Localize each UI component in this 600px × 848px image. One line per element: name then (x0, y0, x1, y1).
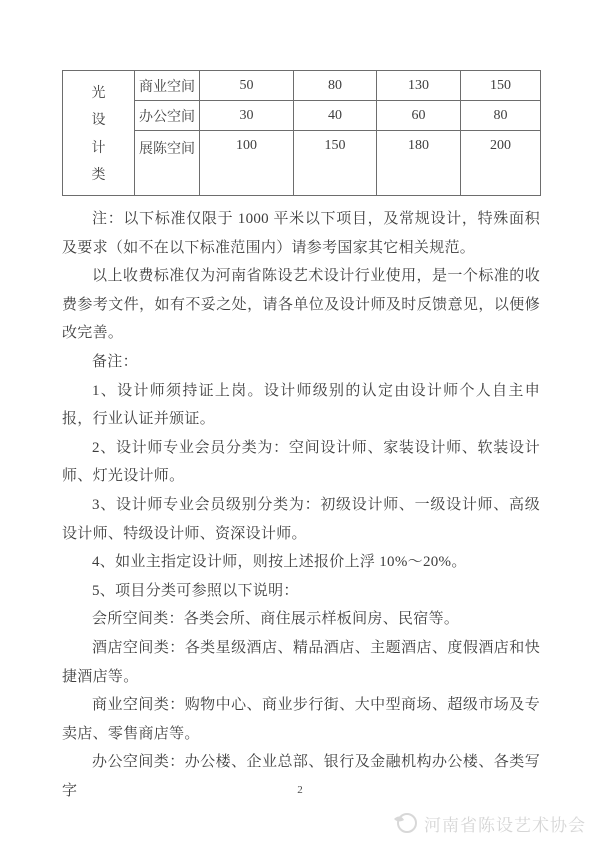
remark-item-4: 4、如业主指定设计师，则按上述报价上浮 10%～20%。 (62, 548, 540, 577)
association-bird-logo-icon (392, 810, 419, 836)
category-char: 计 (92, 137, 106, 157)
category-office: 办公空间类：办公楼、企业总部、银行及金融机构办公楼、各类写字 (62, 748, 540, 805)
body-text: 注：以下标准仅限于 1000 平米以下项目，及常规设计，特殊面积及要求（如不在以… (62, 205, 540, 805)
row-label: 商业空间 (135, 71, 200, 101)
table-cell: 80 (294, 71, 377, 101)
remark-item-2: 2、设计师专业会员分类为：空间设计师、家装设计师、软装设计师、灯光设计师。 (62, 434, 540, 491)
table-row: 展陈空间 100 150 180 200 (63, 131, 541, 196)
table-cell: 150 (461, 71, 541, 101)
document-page: 光 设 计 类 商业空间 50 80 130 150 办公空间 30 4 (0, 0, 600, 848)
remark-item-5: 5、项目分类可参照以下说明： (62, 577, 540, 606)
table-row: 光 设 计 类 商业空间 50 80 130 150 (63, 71, 541, 101)
remark-item-1: 1、设计师须持证上岗。设计师级别的认定由设计师个人自主申报，行业认证并颁证。 (62, 377, 540, 434)
table-cell: 50 (200, 71, 294, 101)
remarks-heading: 备注： (62, 348, 540, 377)
table-cell: 40 (294, 101, 377, 131)
table-cell: 80 (461, 101, 541, 131)
table-cell: 150 (294, 131, 377, 196)
table-cell: 30 (200, 101, 294, 131)
table-row: 办公空间 30 40 60 80 (63, 101, 541, 131)
fee-standard-table: 光 设 计 类 商业空间 50 80 130 150 办公空间 30 4 (62, 70, 541, 196)
category-hotel: 酒店空间类：各类星级酒店、精品酒店、主题酒店、度假酒店和快捷酒店等。 (62, 634, 540, 691)
category-char: 光 (92, 82, 106, 102)
category-cell: 光 设 计 类 (63, 71, 135, 196)
row-label: 展陈空间 (135, 131, 200, 196)
row-label: 办公空间 (135, 101, 200, 131)
table-cell: 130 (377, 71, 461, 101)
table-cell: 60 (377, 101, 461, 131)
category-char: 设 (92, 109, 106, 129)
page-number: 2 (0, 784, 600, 796)
note-paragraph: 注：以下标准仅限于 1000 平米以下项目，及常规设计，特殊面积及要求（如不在以… (62, 205, 540, 262)
category-commercial: 商业空间类：购物中心、商业步行街、大中型商场、超级市场及专卖店、零售商店等。 (62, 691, 540, 748)
category-char: 类 (92, 164, 106, 184)
association-name: 河南省陈设艺术协会 (424, 811, 586, 836)
category-club: 会所空间类：各类会所、商住展示样板间房、民宿等。 (62, 605, 540, 634)
association-watermark: 河南省陈设艺术协会 (392, 810, 586, 836)
table-cell: 200 (461, 131, 541, 196)
category-vertical-label: 光 设 计 类 (63, 74, 134, 193)
paragraph: 以上收费标准仅为河南省陈设艺术设计行业使用，是一个标准的收费参考文件，如有不妥之… (62, 262, 540, 348)
table-cell: 180 (377, 131, 461, 196)
page-content: 光 设 计 类 商业空间 50 80 130 150 办公空间 30 4 (62, 70, 540, 805)
table-cell: 100 (200, 131, 294, 196)
remark-item-3: 3、设计师专业会员级别分类为：初级设计师、一级设计师、高级设计师、特级设计师、资… (62, 491, 540, 548)
